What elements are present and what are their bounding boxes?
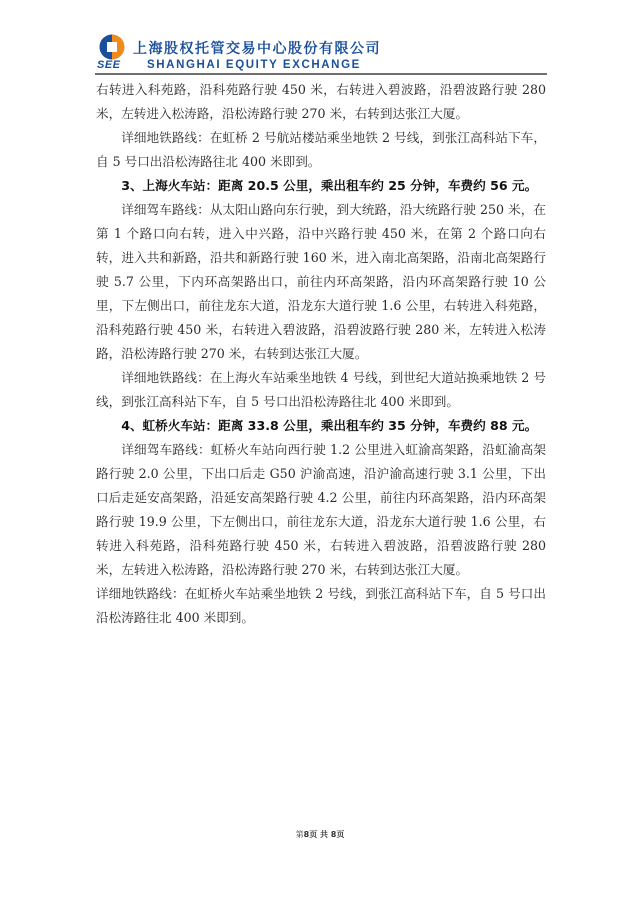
paragraph-driving-route-continued: 右转进入科苑路，沿科苑路行驶 450 米，右转进入碧波路，沿碧波路行驶 280 …: [96, 78, 546, 126]
paragraph-metro-route-hongqiao-station: 详细地铁路线：在虹桥火车站乘坐地铁 2 号线，到张江高科站下车，自 5 号口出沿…: [96, 582, 546, 630]
heading-shanghai-railway-station: 3、上海火车站：距离 20.5 公里，乘出租车约 25 分钟，车费约 56 元。: [96, 174, 546, 198]
paragraph-metro-route-hongqiao-t2: 详细地铁路线：在虹桥 2 号航站楼站乘坐地铁 2 号线，到张江高科站下车，自 5…: [96, 126, 546, 174]
paragraph-driving-route-shanghai-station: 详细驾车路线：从太阳山路向东行驶，到大统路，沿大统路行驶 250 米，在第 1 …: [96, 198, 546, 366]
paragraph-metro-route-shanghai-station: 详细地铁路线：在上海火车站乘坐地铁 4 号线，到世纪大道站换乘地铁 2 号线，到…: [96, 366, 546, 414]
page-number-suffix: 页: [336, 830, 344, 839]
see-logo-icon: [98, 34, 126, 60]
page-header: SEE 上海股权托管交易中心股份有限公司 SHANGHAI EQUITY EXC…: [95, 32, 547, 72]
document-body: 右转进入科苑路，沿科苑路行驶 450 米，右转进入碧波路，沿碧波路行驶 280 …: [96, 78, 546, 630]
page-number-prefix: 第: [296, 830, 304, 839]
logo-abbreviation: SEE: [97, 59, 121, 71]
page-footer: 第8页 共 8页: [0, 829, 640, 840]
company-name-english: SHANGHAI EQUITY EXCHANGE: [147, 59, 361, 71]
header-divider: [95, 73, 547, 75]
heading-hongqiao-railway-station: 4、虹桥火车站：距离 33.8 公里，乘出租车约 35 分钟，车费约 88 元。: [96, 414, 546, 438]
company-name-chinese: 上海股权托管交易中心股份有限公司: [133, 38, 381, 58]
paragraph-driving-route-hongqiao-station: 详细驾车路线：虹桥火车站向西行驶 1.2 公里进入虹渝高架路，沿虹渝高架路行驶 …: [96, 438, 546, 582]
page-number-mid: 页 共: [309, 830, 331, 839]
